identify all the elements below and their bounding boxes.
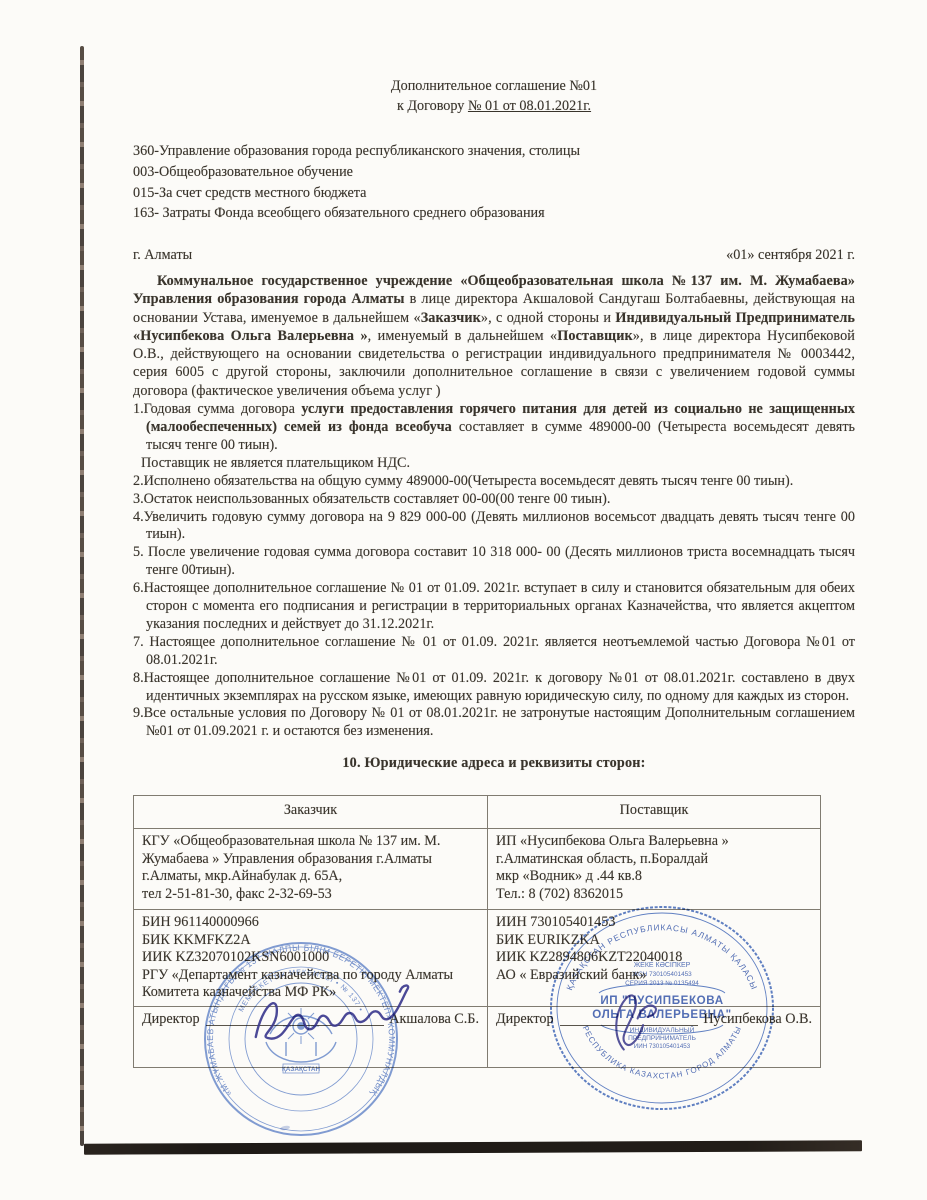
clause-subline: Поставщик не является плательщиком НДС. [133,455,855,473]
clause-item: 8.Настоящее дополнительное соглашение №0… [133,670,855,706]
clause-list: 1.Годовая сумма договора услуги предоста… [133,401,855,741]
title-line-2: к Договору № 01 от 08.01.2021г. [133,96,855,116]
text-segment: 2.Исполнено обязательства на общую сумму… [133,473,793,489]
bank-detail-line: АО « Евразийский банк» [496,967,812,985]
date-label: «01» сентября 2021 г. [726,247,855,265]
text-segment: , именуемый в дальнейшем « [368,328,558,344]
bank-detail-line: ИИК KZ32070102KSN6001000 [142,949,479,967]
budget-code-line: 360-Управление образования города респуб… [133,141,855,162]
bank-detail-line: БИК KKMFKZ2A [142,932,479,950]
customer-director-label: Директор [142,1011,200,1029]
clause-item: 3.Остаток неиспользованных обязательств … [133,491,855,509]
bank-details-row: БИН 961140000966БИК KKMFKZ2AИИК KZ320701… [134,910,821,1007]
section-10-heading: 10. Юридические адреса и реквизиты сторо… [133,755,855,773]
scan-left-edge-artifact [80,46,84,1146]
supplier-signature-underline [560,1012,699,1026]
bank-detail-line: ИИН 730105401453 [496,914,812,932]
clause-item: 5. После увеличение годовая сумма догово… [133,544,855,580]
text-segment: 5. После увеличение годовая сумма догово… [133,544,855,578]
address-line: мкр «Водник» д .44 кв.8 [496,868,812,886]
scan-ink-speck [280,1125,291,1131]
customer-signature-line: Директор Акшалова С.Б. [142,1011,479,1029]
clause-item: 1.Годовая сумма договора услуги предоста… [133,401,855,455]
customer-director-name: Акшалова С.Б. [389,1011,479,1029]
budget-code-list: 360-Управление образования города респуб… [133,141,855,224]
text-segment: 6.Настоящее дополнительное соглашение № … [133,580,855,632]
address-line: г.Алматы, мкр.Айнабулак д. 65А, [142,868,479,886]
bank-detail-line: БИК EURIKZKA [496,932,812,950]
preamble-paragraph: Коммунальное государственное учреждение … [133,272,855,400]
bank-detail-line: Комитета казначейства МФ РК» [142,984,479,1002]
address-line: КГУ «Общеобразовательная школа № 137 им.… [142,833,479,851]
supplier-address-cell: ИП «Нусипбекова Ольга Валерьевна »г.Алма… [488,829,821,910]
text-segment: 3.Остаток неиспользованных обязательств … [133,491,610,507]
supplier-signature-line: Директор Нусипбекова О.В. [496,1011,812,1029]
supplier-director-name: Нусипбекова О.В. [703,1011,812,1029]
text-segment: 7. Настоящее дополнительное соглашение №… [133,634,855,668]
title-line-1: Дополнительное соглашение №01 [133,76,855,96]
clause-item: 4.Увеличить годовую сумму договора на 9 … [133,509,855,545]
supplier-bank-cell: ИИН 730105401453БИК EURIKZKAИИК KZ289480… [488,910,821,1007]
clause-item: 7. Настоящее дополнительное соглашение №… [133,634,855,670]
scan-bottom-edge-artifact [84,1140,862,1154]
budget-code-line: 015-За счет средств местного бюджета [133,183,855,204]
document-title: Дополнительное соглашение №01 к Договору… [133,76,855,116]
address-line: Жумабаева » Управления образования г.Алм… [142,851,479,869]
contract-reference: № 01 от 08.01.2021г. [468,98,591,114]
text-segment: Поставщик [557,328,633,344]
customer-bank-cell: БИН 961140000966БИК KKMFKZ2AИИК KZ320701… [134,910,488,1007]
customer-signature-underline [206,1012,385,1026]
text-segment: Поставщик не является плательщиком НДС. [141,455,410,471]
bank-detail-line: БИН 961140000966 [142,914,479,932]
address-line: ИП «Нусипбекова Ольга Валерьевна » [496,833,812,851]
clause-item: 2.Исполнено обязательства на общую сумму… [133,473,855,491]
bank-detail-line: ИИК KZ2894806KZT22040018 [496,949,812,967]
customer-column-header: Заказчик [134,796,488,829]
address-line: Тел.: 8 (702) 8362015 [496,886,812,904]
customer-signature-cell: Директор Акшалова С.Б. [134,1007,488,1068]
text-segment: », с одной стороны и [481,310,615,326]
text-segment: 9.Все остальные условия по Договору № 01… [133,705,855,739]
text-segment: 4.Увеличить годовую сумму договора на 9 … [133,509,855,543]
supplier-signature-cell: Директор Нусипбекова О.В. [488,1007,821,1068]
requisites-table: Заказчик Поставщик КГУ «Общеобразователь… [133,795,821,1068]
clause-item: 6.Настоящее дополнительное соглашение № … [133,580,855,634]
scanned-document-page: Дополнительное соглашение №01 к Договору… [0,0,927,1200]
supplier-director-label: Директор [496,1011,554,1029]
signature-row: Директор Акшалова С.Б. Директор Нусипбек… [134,1007,821,1068]
address-row: КГУ «Общеобразовательная школа № 137 им.… [134,829,821,910]
table-header-row: Заказчик Поставщик [134,796,821,829]
budget-code-line: 003-Общеобразовательное обучение [133,162,855,183]
text-segment: Заказчик [421,310,481,326]
bank-detail-line: РГУ «Департамент казначейства по городу … [142,967,479,985]
text-segment: 1.Годовая сумма договора [133,401,301,417]
title-line-2-prefix: к Договору [397,98,468,114]
address-line: тел 2-51-81-30, факс 2-32-69-53 [142,886,479,904]
clause-item: 9.Все остальные условия по Договору № 01… [133,705,855,741]
supplier-column-header: Поставщик [488,796,821,829]
text-segment: 8.Настоящее дополнительное соглашение №0… [133,670,855,704]
customer-address-cell: КГУ «Общеобразовательная школа № 137 им.… [134,829,488,910]
budget-code-line: 163- Затраты Фонда всеобщего обязательно… [133,203,855,224]
city-label: г. Алматы [133,247,192,265]
address-line: г.Алматинская область, п.Боралдай [496,851,812,869]
document-body: Дополнительное соглашение №01 к Договору… [133,0,855,1068]
city-date-row: г. Алматы «01» сентября 2021 г. [133,247,855,265]
